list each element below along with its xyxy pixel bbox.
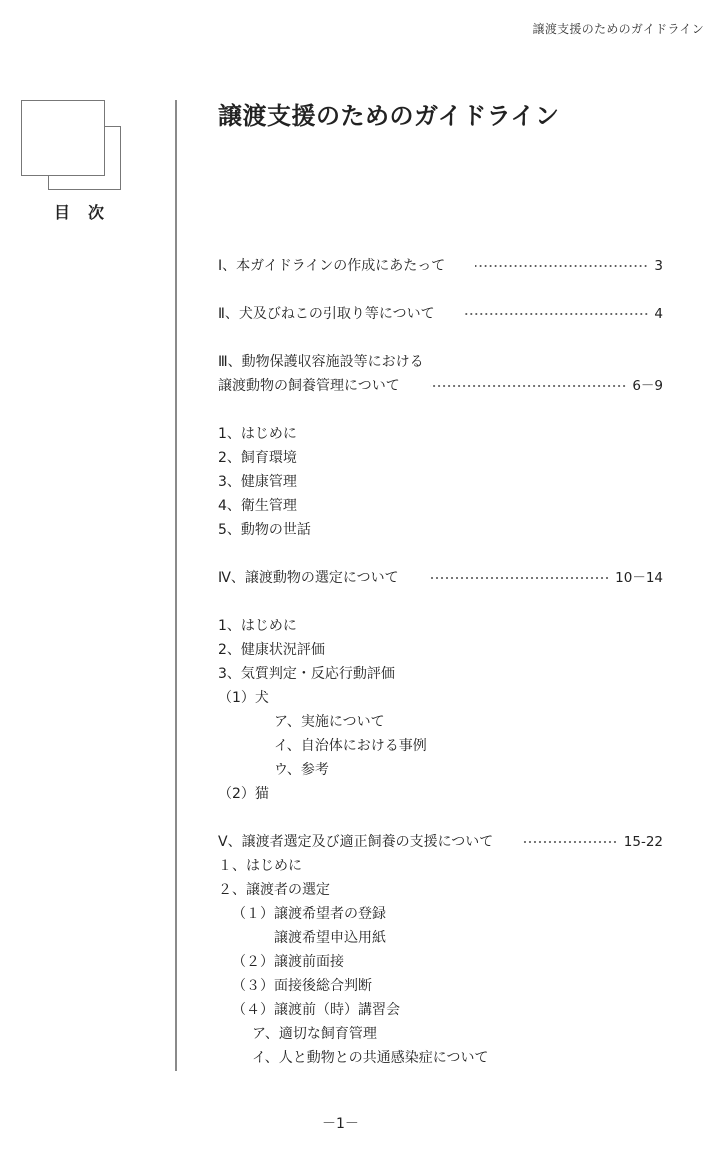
toc-entry-page: 3 (654, 256, 663, 276)
toc-entry-section-3-line2[interactable]: 譲渡動物の飼養管理について 6－9 (218, 376, 663, 396)
toc-subitem-label: ２、譲渡者の選定 (218, 880, 330, 900)
toc-subitem-label: 3、気質判定・反応行動評価 (218, 664, 395, 684)
toc-subitem-label: イ、人と動物との共通感染症について (252, 1048, 488, 1068)
toc-subitem-label: ア、実施について (274, 712, 385, 732)
toc-entry-label: Ⅰ、本ガイドラインの作成にあたって (218, 256, 445, 276)
toc-entry-section-1[interactable]: Ⅰ、本ガイドラインの作成にあたって 3 (218, 256, 663, 276)
toc-subitem[interactable]: ウ、参考 (218, 760, 719, 780)
toc-subitem-label: （１）譲渡希望者の登録 (232, 904, 386, 924)
toc-subitem[interactable]: （４）譲渡前（時）講習会 (218, 1000, 677, 1020)
toc-entry-label: Ⅴ、譲渡者選定及び適正飼養の支援について (218, 832, 493, 852)
toc-entry-section-4[interactable]: Ⅳ、譲渡動物の選定について 10－14 (218, 568, 663, 588)
toc-subitem[interactable]: 1、はじめに (218, 424, 663, 444)
toc-label: 目次 (54, 200, 122, 223)
toc-subitem-label: 3、健康管理 (218, 472, 297, 492)
toc-subitem[interactable]: 4、衛生管理 (218, 496, 663, 516)
toc-subitem-label: 4、衛生管理 (218, 496, 297, 516)
toc-subitem[interactable]: 5、動物の世話 (218, 520, 663, 540)
toc-subitem[interactable]: １、はじめに (218, 856, 663, 876)
toc-entry-section-3-line1[interactable]: Ⅲ、動物保護収容施設等における (218, 352, 663, 372)
toc-subitem-label: 1、はじめに (218, 616, 297, 636)
toc-subitem-label: 1、はじめに (218, 424, 297, 444)
decorative-square-front (21, 100, 105, 176)
page-number: －1－ (322, 1113, 359, 1133)
toc-subitem[interactable]: イ、人と動物との共通感染症について (218, 1048, 697, 1068)
toc-subitem-label: 2、健康状況評価 (218, 640, 325, 660)
toc-subitem[interactable]: 3、健康管理 (218, 472, 663, 492)
toc-entry-label: Ⅲ、動物保護収容施設等における (218, 352, 424, 372)
toc-subitem-label: （1）犬 (218, 688, 269, 708)
toc-subitem[interactable]: ア、適切な飼育管理 (218, 1024, 697, 1044)
toc-subitem-label: 5、動物の世話 (218, 520, 311, 540)
toc-subitem[interactable]: ア、実施について (218, 712, 719, 732)
toc-subitem-label: （４）譲渡前（時）講習会 (232, 1000, 400, 1020)
toc-entry-page: 4 (654, 304, 663, 324)
toc-subitem[interactable]: 1、はじめに (218, 616, 663, 636)
dot-leader (465, 313, 649, 315)
toc-subitem[interactable]: 3、気質判定・反応行動評価 (218, 664, 663, 684)
toc-subitem[interactable]: （２）譲渡前面接 (218, 952, 677, 972)
toc-subitem[interactable]: イ、自治体における事例 (218, 736, 719, 756)
toc-subitem-label: ウ、参考 (274, 760, 329, 780)
vertical-divider (175, 100, 177, 1071)
toc-entry-page: 6－9 (632, 376, 663, 396)
toc-subitem[interactable]: （2）猫 (218, 784, 663, 804)
toc-entry-page: 15-22 (624, 832, 663, 852)
toc-subitem[interactable]: ２、譲渡者の選定 (218, 880, 663, 900)
running-header: 譲渡支援のためのガイドライン (533, 20, 704, 37)
toc-subitem-label: （２）譲渡前面接 (232, 952, 344, 972)
toc-subitem[interactable]: 2、健康状況評価 (218, 640, 663, 660)
toc-subitem[interactable]: （１）譲渡希望者の登録 (218, 904, 677, 924)
toc-entry-label: Ⅳ、譲渡動物の選定について (218, 568, 399, 588)
toc-subitem-label: （2）猫 (218, 784, 269, 804)
toc-entry-label: Ⅱ、犬及びねこの引取り等について (218, 304, 435, 324)
toc-subitem-label: イ、自治体における事例 (274, 736, 427, 756)
dot-leader (523, 841, 617, 843)
toc-entry-section-2[interactable]: Ⅱ、犬及びねこの引取り等について 4 (218, 304, 663, 324)
toc-subitem-label: 譲渡希望申込用紙 (274, 928, 386, 948)
toc-subitem[interactable]: （1）犬 (218, 688, 663, 708)
toc-subitem-label: ア、適切な飼育管理 (252, 1024, 377, 1044)
dot-leader (475, 265, 648, 267)
toc-subitem[interactable]: 譲渡希望申込用紙 (218, 928, 719, 948)
toc-subitem[interactable]: （３）面接後総合判断 (218, 976, 677, 996)
toc-subitem-label: （３）面接後総合判断 (232, 976, 372, 996)
toc-subitem[interactable]: 2、飼育環境 (218, 448, 663, 468)
dot-leader (430, 385, 627, 387)
page-title: 譲渡支援のためのガイドライン (218, 96, 560, 131)
toc-subitem-label: 2、飼育環境 (218, 448, 297, 468)
toc-entry-page: 10－14 (615, 568, 663, 588)
toc-entry-section-5[interactable]: Ⅴ、譲渡者選定及び適正飼養の支援について 15-22 (218, 832, 663, 852)
toc-entry-label: 譲渡動物の飼養管理について (218, 376, 400, 396)
dot-leader (429, 577, 610, 579)
toc-subitem-label: １、はじめに (218, 856, 302, 876)
